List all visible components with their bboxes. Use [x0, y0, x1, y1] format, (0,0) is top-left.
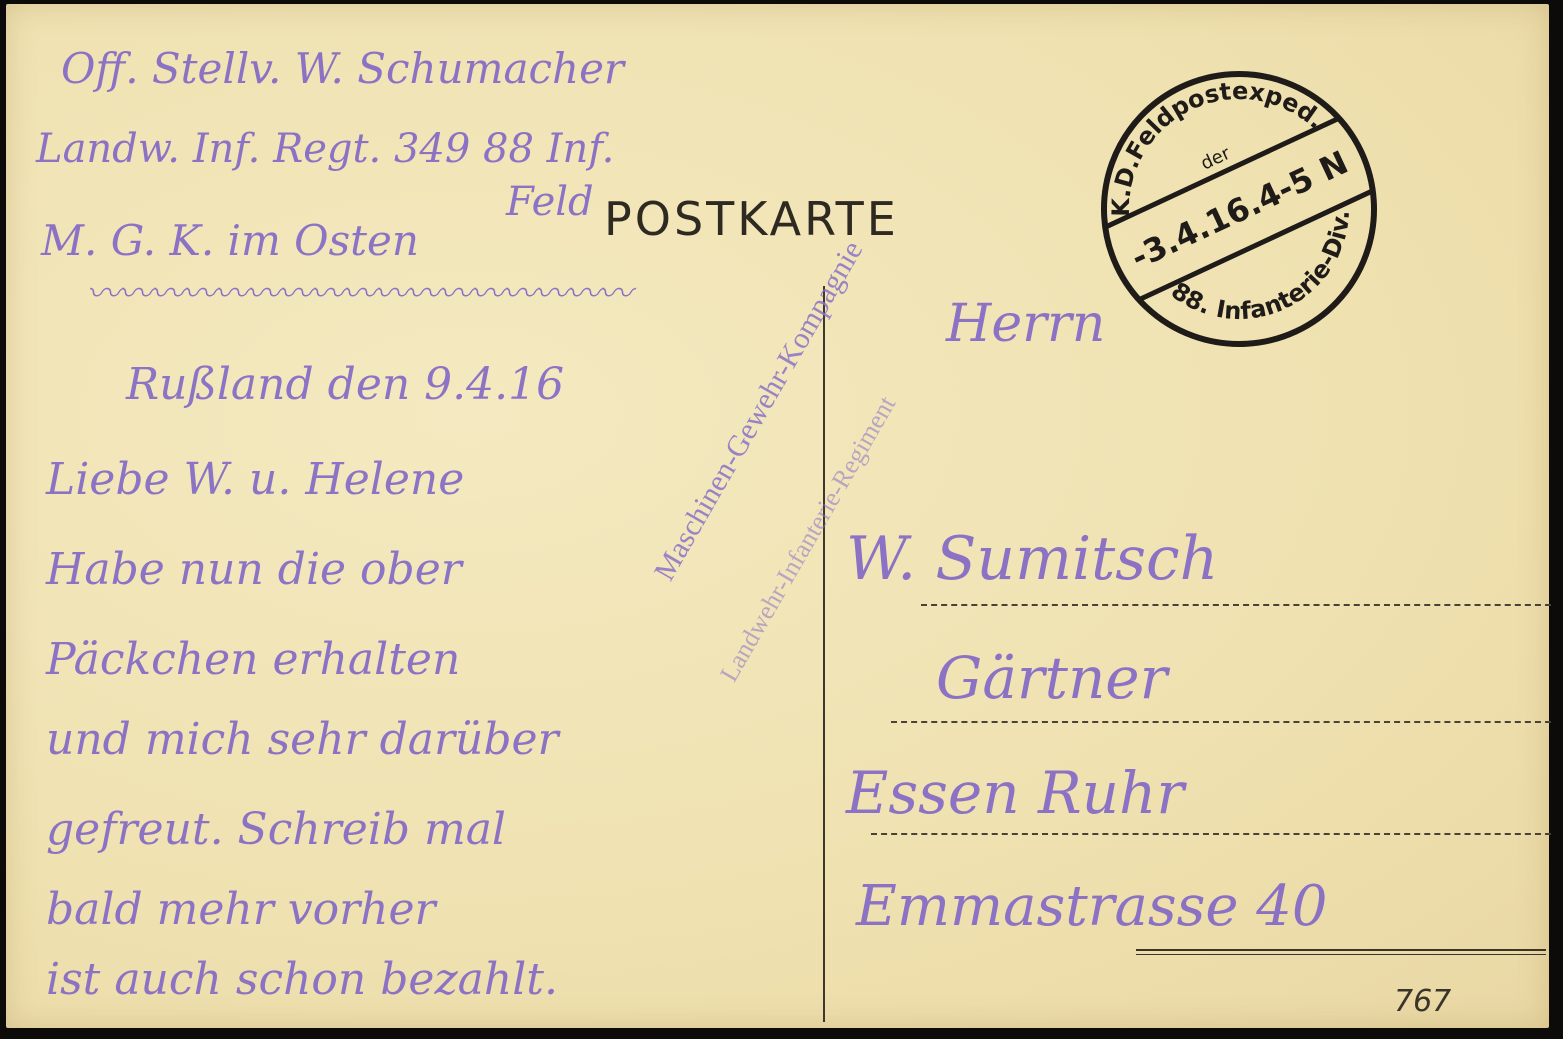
sender-line-4: M. G. K. im Osten [41, 216, 419, 265]
message-line-2: Liebe W. u. Helene [46, 454, 464, 505]
address-salutation: Herrn [946, 294, 1105, 354]
message-line-8: ist auch schon bezahlt. [46, 954, 558, 1005]
address-city: Essen Ruhr [846, 759, 1184, 827]
postmark-icon: K.D.Feldpostexped. der -3.4.16.4-5 N 88.… [1089, 59, 1389, 359]
sender-line-2: Landw. Inf. Regt. 349 88 Inf. [36, 126, 614, 172]
message-line-3: Habe nun die ober [46, 544, 462, 595]
sender-line-1: Off. Stellv. W. Schumacher [61, 44, 624, 93]
address-occupation: Gärtner [936, 644, 1167, 712]
unit-stamp-line-1: Maschinen-Gewehr-Kompagnie [648, 235, 870, 586]
message-line-7: bald mehr vorher [46, 884, 436, 935]
center-divider [823, 286, 825, 1022]
address-line-4 [1136, 949, 1546, 955]
sender-line-3: Feld [506, 179, 594, 225]
address-line-1 [921, 604, 1551, 606]
address-line-3 [871, 833, 1551, 835]
address-street: Emmastrasse 40 [856, 874, 1328, 939]
address-line-2 [891, 721, 1551, 723]
postcard: POSTKARTE Off. Stellv. W. Schumacher Lan… [6, 4, 1549, 1028]
underline-flourish: 〰〰〰〰〰〰〰〰〰〰〰〰〰〰〰〰〰 [86, 266, 630, 315]
card-title: POSTKARTE [604, 192, 899, 246]
message-line-6: gefreut. Schreib mal [46, 804, 506, 855]
address-name: W. Sumitsch [846, 524, 1218, 594]
message-line-5: und mich sehr darüber [46, 714, 559, 765]
message-line-4: Päckchen erhalten [46, 634, 460, 685]
catalog-number: 767 [1394, 984, 1451, 1019]
message-line-1: Rußland den 9.4.16 [126, 359, 564, 410]
